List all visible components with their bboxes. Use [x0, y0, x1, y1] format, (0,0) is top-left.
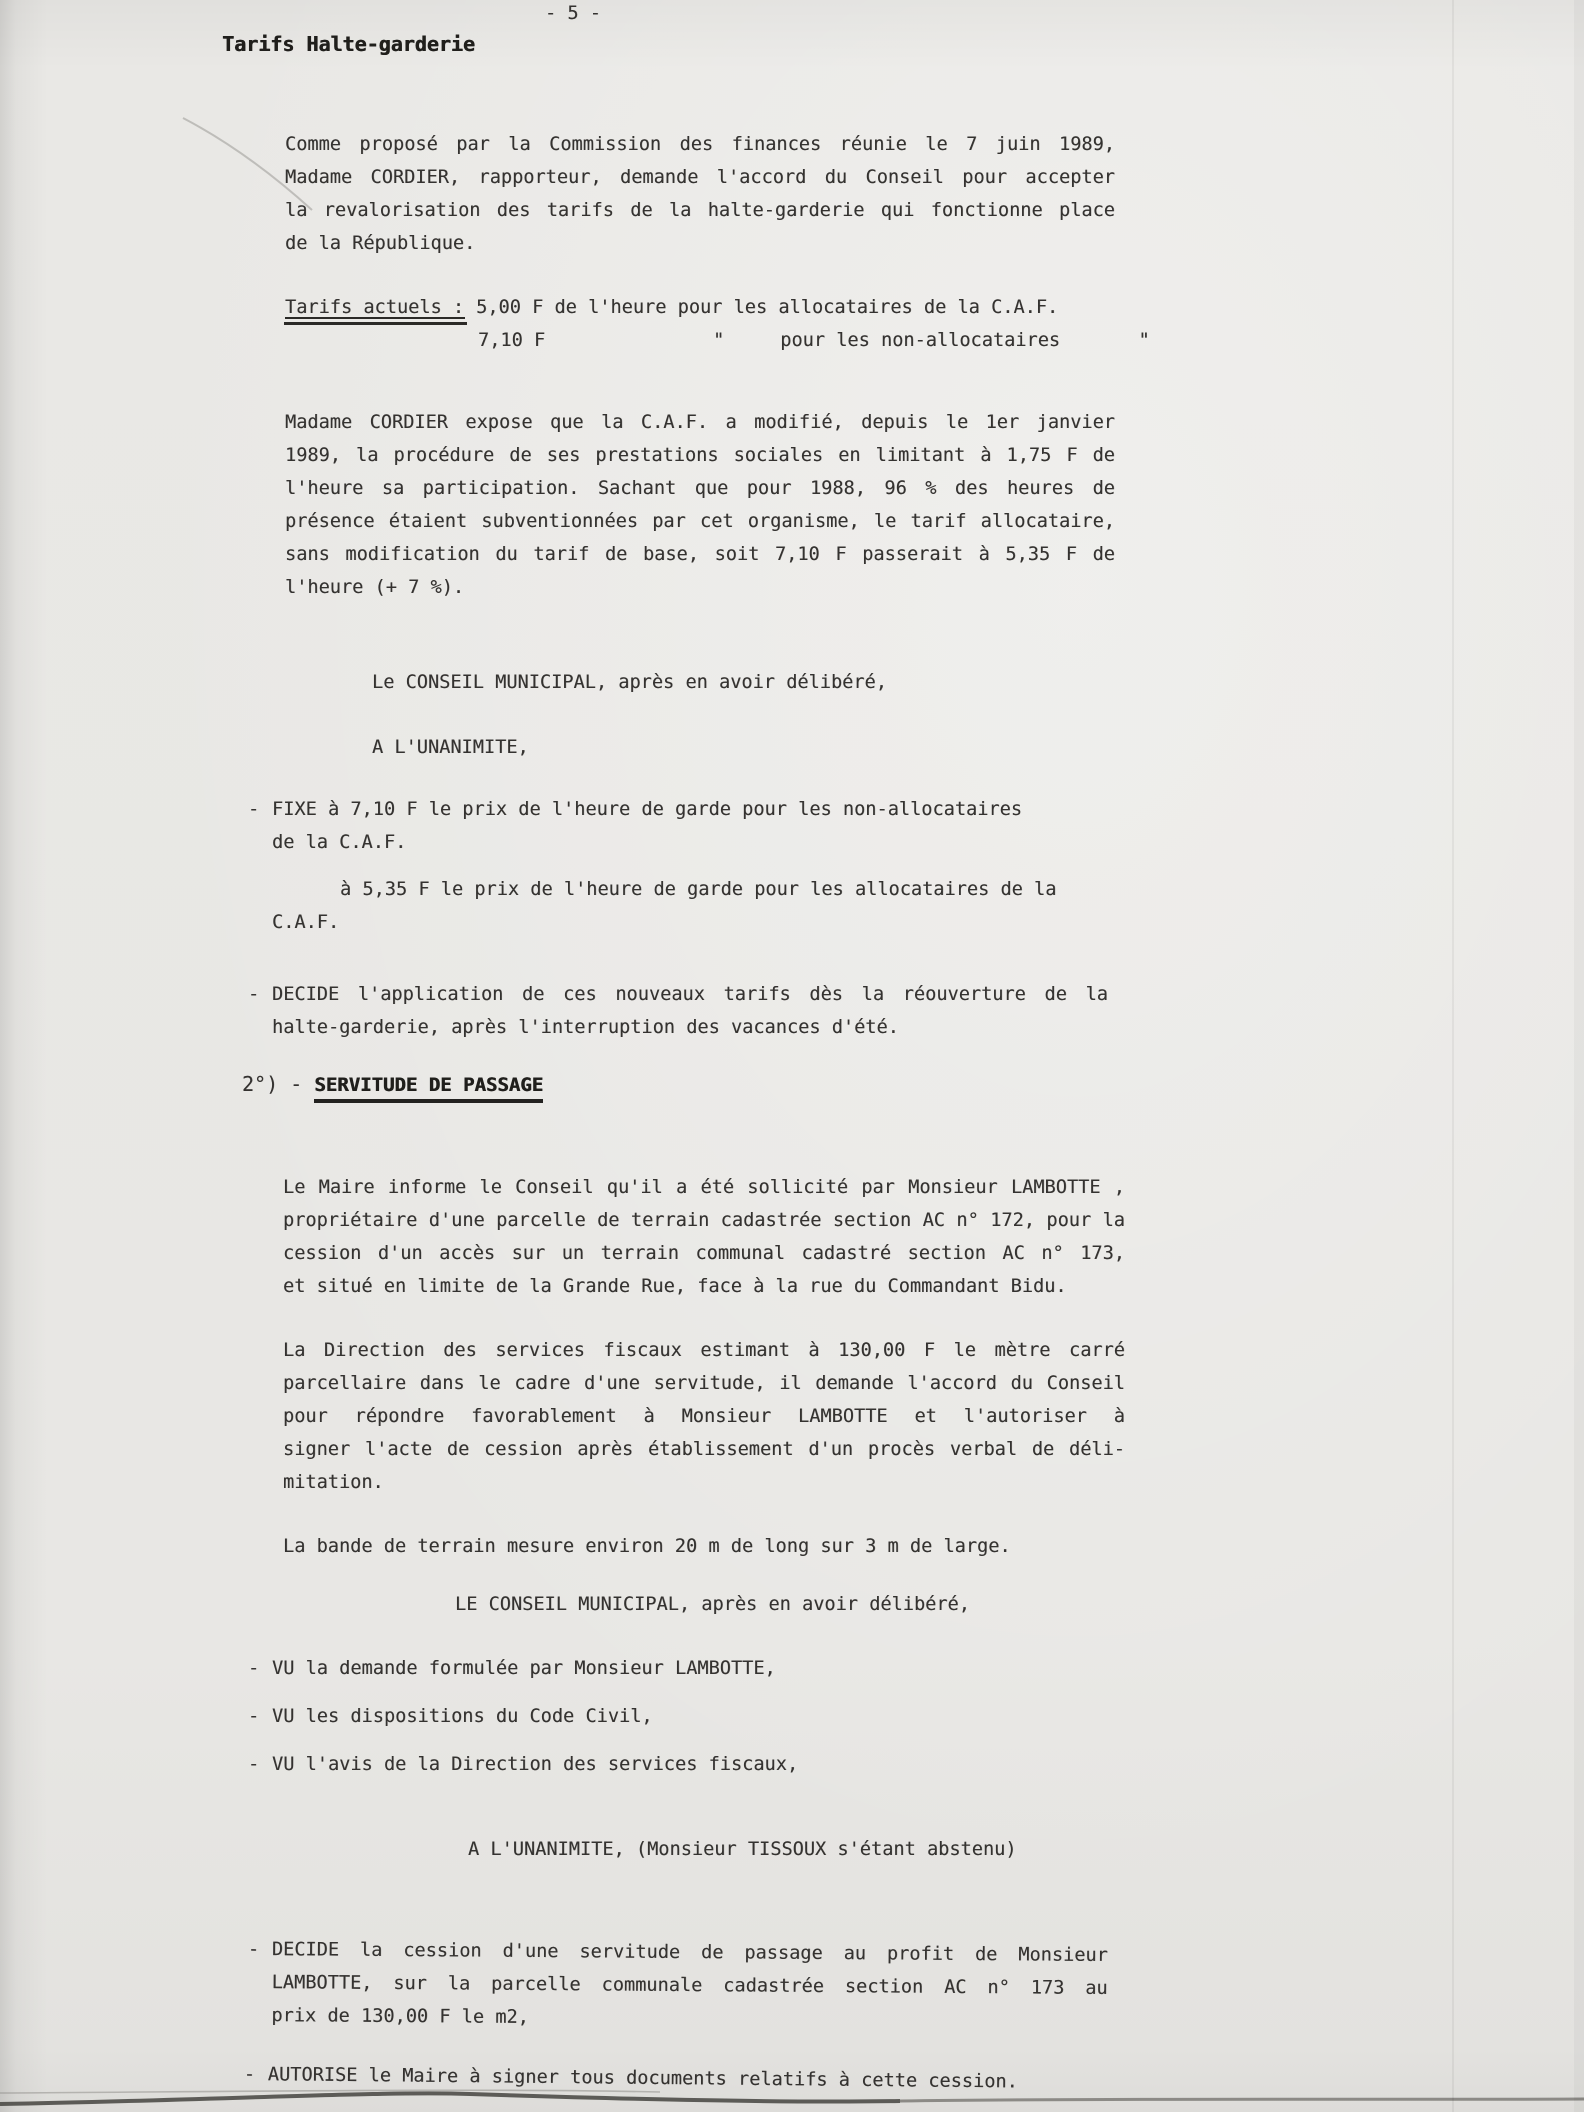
underline: [285, 317, 465, 319]
text-line: La Direction des services fiscaux estima…: [283, 1334, 1125, 1367]
tariff-label: Tarifs actuels :: [285, 297, 464, 318]
section2-header: 2°) - SERVITUDE DE PASSAGE: [242, 1068, 543, 1108]
list-item: - DECIDE la cession d'une servitude de p…: [247, 1933, 1112, 2038]
text-line: pour répondre favorablement à Monsieur L…: [283, 1400, 1125, 1433]
text-line: propriétaire d'une parcelle de terrain c…: [283, 1204, 1125, 1237]
text-line: mitation.: [283, 1466, 1125, 1499]
paragraph: Comme proposé par la Commission des fina…: [285, 128, 1115, 260]
tariff-value: 5,00 F de l'heure pour les allocataires …: [476, 297, 1058, 318]
text-line: Madame CORDIER expose que la C.A.F. a mo…: [285, 406, 1115, 439]
text-line: VU l'avis de la Direction des services f…: [272, 1748, 1148, 1781]
text-line: Le Maire informe le Conseil qu'il a été …: [283, 1171, 1125, 1204]
text-line: sans modification du tarif de base, soit…: [285, 538, 1115, 571]
list-marker: -: [248, 978, 259, 1011]
scan-fold-line: [1452, 0, 1454, 2112]
list-item-continuation: à 5,35 F le prix de l'heure de garde pou…: [272, 873, 1092, 939]
text-line: signer l'acte de cession après établisse…: [283, 1433, 1125, 1466]
list-marker: -: [244, 2058, 256, 2091]
text-line: cession d'un accès sur un terrain commun…: [283, 1237, 1125, 1270]
text-line: de la République.: [285, 227, 1115, 260]
text-line: l'heure sa participation. Sachant que po…: [285, 472, 1115, 505]
document-page: - 5 - Tarifs Halte-garderie Comme propos…: [0, 0, 1584, 2112]
list-item: - VU les dispositions du Code Civil,: [248, 1700, 1148, 1733]
text-line: La bande de terrain mesure environ 20 m …: [283, 1530, 1011, 1563]
text-line: FIXE à 7,10 F le prix de l'heure de gard…: [272, 793, 1112, 826]
list-marker: -: [248, 1933, 259, 1966]
text-line: la revalorisation des tarifs de la halte…: [285, 194, 1115, 227]
section2-heading: SERVITUDE DE PASSAGE: [314, 1074, 543, 1103]
underline: [284, 322, 467, 325]
deliberation-line: Le CONSEIL MUNICIPAL, après en avoir dél…: [372, 666, 887, 699]
list-item: - FIXE à 7,10 F le prix de l'heure de ga…: [248, 793, 1112, 859]
paragraph: La Direction des services fiscaux estima…: [283, 1334, 1125, 1499]
text-line: présence étaient subventionnées par cet …: [285, 505, 1115, 538]
text-line: Comme proposé par la Commission des fina…: [285, 128, 1115, 161]
list-item: - VU la demande formulée par Monsieur LA…: [248, 1652, 1148, 1685]
paragraph: Le Maire informe le Conseil qu'il a été …: [283, 1171, 1125, 1303]
text-line: C.A.F.: [272, 906, 1092, 939]
text-line: VU les dispositions du Code Civil,: [272, 1700, 1148, 1733]
text-line: de la C.A.F.: [272, 826, 1112, 859]
text-line: prix de 130,00 F le m2,: [271, 1999, 1107, 2038]
text-line: à 5,35 F le prix de l'heure de garde pou…: [272, 873, 1092, 906]
text-line: 1989, la procédure de ses prestations so…: [285, 439, 1115, 472]
text-line: l'heure (+ 7 %).: [285, 571, 1115, 604]
list-marker: -: [248, 793, 259, 826]
text-line: et situé en limite de la Grande Rue, fac…: [283, 1270, 1125, 1303]
tariff-value: 7,10 F " pour les non-allocataires ": [478, 324, 1185, 357]
scan-edge-shadow: [1574, 0, 1584, 2112]
vote-line: A L'UNANIMITE,: [372, 731, 529, 764]
text-line: Madame CORDIER, rapporteur, demande l'ac…: [285, 161, 1115, 194]
text-line: parcellaire dans le cadre d'une servitud…: [283, 1367, 1125, 1400]
list-marker: -: [248, 1700, 259, 1733]
text-line: halte-garderie, après l'interruption des…: [272, 1011, 1108, 1044]
list-marker: -: [248, 1652, 259, 1685]
paragraph: Madame CORDIER expose que la C.A.F. a mo…: [285, 406, 1115, 604]
text-line: DECIDE l'application de ces nouveaux tar…: [272, 978, 1108, 1011]
deliberation-line: LE CONSEIL MUNICIPAL, après en avoir dél…: [455, 1588, 970, 1621]
list-item: - DECIDE l'application de ces nouveaux t…: [248, 978, 1112, 1044]
section-number: 2°) -: [242, 1072, 314, 1096]
vote-line: A L'UNANIMITE, (Monsieur TISSOUX s'étant…: [468, 1833, 1017, 1866]
list-marker: -: [248, 1748, 259, 1781]
text-line: VU la demande formulée par Monsieur LAMB…: [272, 1652, 1148, 1685]
list-item: - VU l'avis de la Direction des services…: [248, 1748, 1148, 1781]
